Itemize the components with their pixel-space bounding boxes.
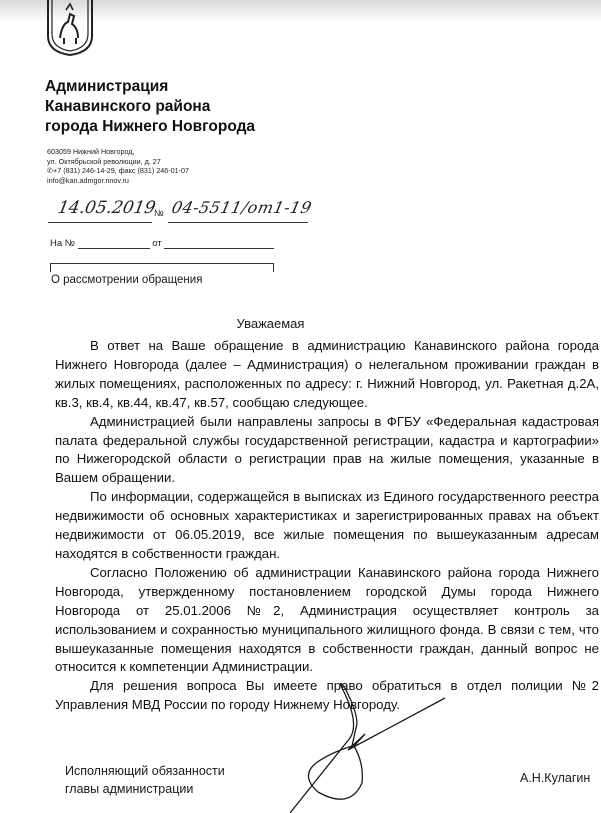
- reply-number-blank: [78, 238, 150, 249]
- coat-of-arms-icon: [42, 0, 98, 56]
- phone-line: ✆+7 (831) 246-14-29, факс (831) 246-01-0…: [47, 166, 189, 176]
- reply-number-label: На №: [50, 238, 75, 249]
- position-line: главы администрации: [65, 780, 225, 798]
- reply-from-label: от: [152, 238, 161, 249]
- address-line: ул. Октябрьской революции, д. 27: [47, 157, 189, 167]
- greeting: Уважаемая: [0, 316, 601, 331]
- date-underline: [48, 222, 152, 223]
- number-sign: №: [154, 208, 164, 218]
- paragraph: В ответ на Ваше обращение в администраци…: [55, 337, 599, 413]
- org-line: города Нижнего Новгорода: [45, 117, 255, 137]
- org-line: Канавинского района: [45, 97, 255, 117]
- greeting-text: Уважаемая: [237, 316, 305, 331]
- handwritten-signature: [290, 668, 460, 813]
- paragraph: Администрацией были направлены запросы в…: [55, 413, 599, 489]
- organization-address: 603059 Нижний Новгород, ул. Октябрьской …: [47, 147, 189, 185]
- signatory-position: Исполняющий обязанности главы администра…: [65, 762, 225, 798]
- organization-name: Администрация Канавинского района города…: [45, 77, 255, 137]
- letter-body: В ответ на Ваше обращение в администраци…: [55, 337, 599, 715]
- email-line: info@kan.admgor.nnov.ru: [47, 176, 189, 186]
- subject-line: О рассмотрении обращения: [51, 274, 202, 286]
- paragraph: Согласно Положению об администрации Кана…: [55, 564, 599, 677]
- reply-date-blank: [164, 238, 274, 249]
- handwritten-date: 14.05.2019: [56, 198, 157, 218]
- org-line: Администрация: [45, 77, 255, 97]
- address-line: 603059 Нижний Новгород,: [47, 147, 189, 157]
- position-line: Исполняющий обязанности: [65, 762, 225, 780]
- handwritten-number: 04-5511/от1-19: [170, 198, 314, 217]
- signatory-name: А.Н.Кулагин: [520, 771, 590, 785]
- number-underline: [168, 222, 308, 223]
- reply-reference: На № от: [50, 238, 274, 249]
- paragraph: По информации, содержащейся в выписках и…: [55, 488, 599, 564]
- subject-bracket: [50, 263, 274, 272]
- registration-line: 14.05.2019 № 04-5511/от1-19: [48, 198, 318, 224]
